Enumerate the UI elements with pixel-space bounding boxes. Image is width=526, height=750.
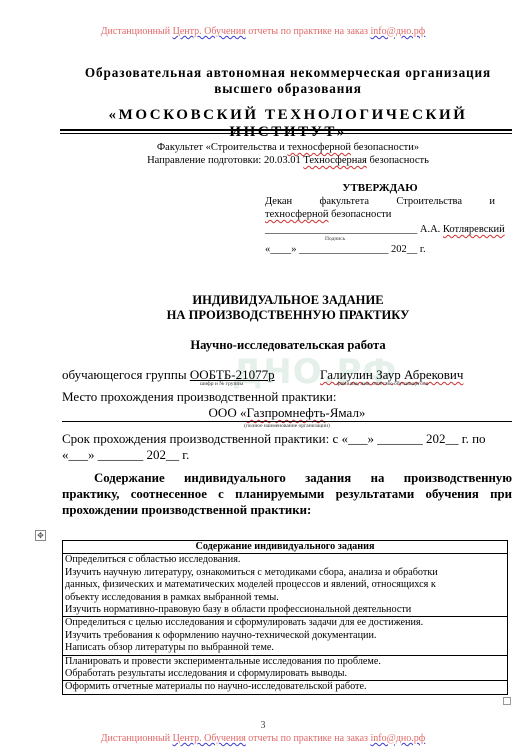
para-line-2: практику, соотнесенное с планируемыми ре… [62,486,512,502]
table-resize-handle-icon[interactable] [503,697,511,705]
header-rule-thick [60,129,512,131]
title-line-1: ИНДИВИДУАЛЬНОЕ ЗАДАНИЕ [60,293,516,308]
watermark-email-link[interactable]: info@дно.рф [371,733,426,744]
period-line-1[interactable]: Срок прохождения производственной практи… [62,431,512,447]
period-line-2[interactable]: «___» _______ 202__ г. [62,447,512,463]
signature-field[interactable]: _____________________________ [265,224,417,235]
period-block: Срок прохождения производственной практи… [62,431,512,463]
table-row: Оформить отчетные материалы по научно-ис… [63,681,508,694]
watermark-text: Дистанционный [101,26,173,37]
organization-underline [62,421,512,422]
organization-caption: (полное наименование организации) [62,423,512,429]
document-title: ИНДИВИДУАЛЬНОЕ ЗАДАНИЕ НА ПРОИЗВОДСТВЕНН… [60,293,516,323]
page-number: 3 [0,720,526,731]
faculty-line: Факультет «Строительства и техносферной … [60,141,516,154]
watermark-text: отчеты по практике на заказ [246,26,371,37]
signer-name: Котляревский [443,224,505,235]
table-header: Содержание индивидуального задания [63,541,508,554]
organization-field[interactable]: ООО «Газпромнефть-Ямал» [62,405,512,421]
organization-name: Образовательная автономная некоммерческа… [60,65,516,97]
watermark-top: Дистанционный Центр. Обучения отчеты по … [0,26,526,37]
org-line-2: высшего образования [60,81,516,97]
approval-position-line-2: техносферной безопасности [265,208,495,221]
student-name: Галиулин Заур Абрекович [320,367,463,382]
signature-line: _____________________________ А.А. Котля… [265,223,495,236]
faculty-block: Факультет «Строительства и техносферной … [60,141,516,167]
student-label: обучающегося группы [62,367,190,382]
direction-line: Направление подготовки: 20.03.01 Техносф… [60,154,516,167]
work-type: Научно-исследовательская работа [60,338,516,353]
approval-date-line[interactable]: «____» _________________ 202__ г. [265,243,495,256]
para-line-3: прохождении производственной практики: [62,503,311,517]
task-table: Содержание индивидуального задания Опред… [62,540,508,695]
signature-caption: Подпись [265,236,495,243]
name-caption: фамилия, имя, отчество обучающегося [337,381,428,387]
title-line-2: НА ПРОИЗВОДСТВЕННУЮ ПРАКТИКУ [60,308,516,323]
place-label: Место прохождения производственной практ… [62,389,336,405]
watermark-text: Дистанционный [101,733,173,744]
table-row: Определиться с областью исследования. Из… [63,554,508,617]
approval-position-line: ДеканфакультетаСтроительстваи [265,195,495,208]
watermark-text: Центр. Обучения [173,733,246,744]
content-paragraph: Содержание индивидуального задания на пр… [62,470,512,518]
group-caption: шифр и № группы [200,381,243,387]
para-line-1: Содержание индивидуального задания на пр… [62,470,512,486]
org-line-1: Образовательная автономная некоммерческа… [60,65,516,81]
table-row: Определиться с целью исследования и сфор… [63,617,508,655]
header-rule-thin [60,133,512,134]
watermark-bottom: Дистанционный Центр. Обучения отчеты по … [0,733,526,744]
watermark-text: отчеты по практике на заказ [246,733,371,744]
approval-block: УТВЕРЖДАЮ ДеканфакультетаСтроительстваи … [265,182,495,256]
approval-title: УТВЕРЖДАЮ [265,182,495,195]
watermark-email-link[interactable]: info@дно.рф [371,26,426,37]
group-field[interactable]: ООБТБ-21077р [190,367,275,382]
watermark-text: Центр. Обучения [173,26,246,37]
table-move-handle-icon[interactable]: ✥ [35,530,46,541]
institute-name: «МОСКОВСКИЙ ТЕХНОЛОГИЧЕСКИЙ ИНСТИТУТ» [60,107,516,141]
table-row: Планировать и провести экспериментальные… [63,655,508,681]
